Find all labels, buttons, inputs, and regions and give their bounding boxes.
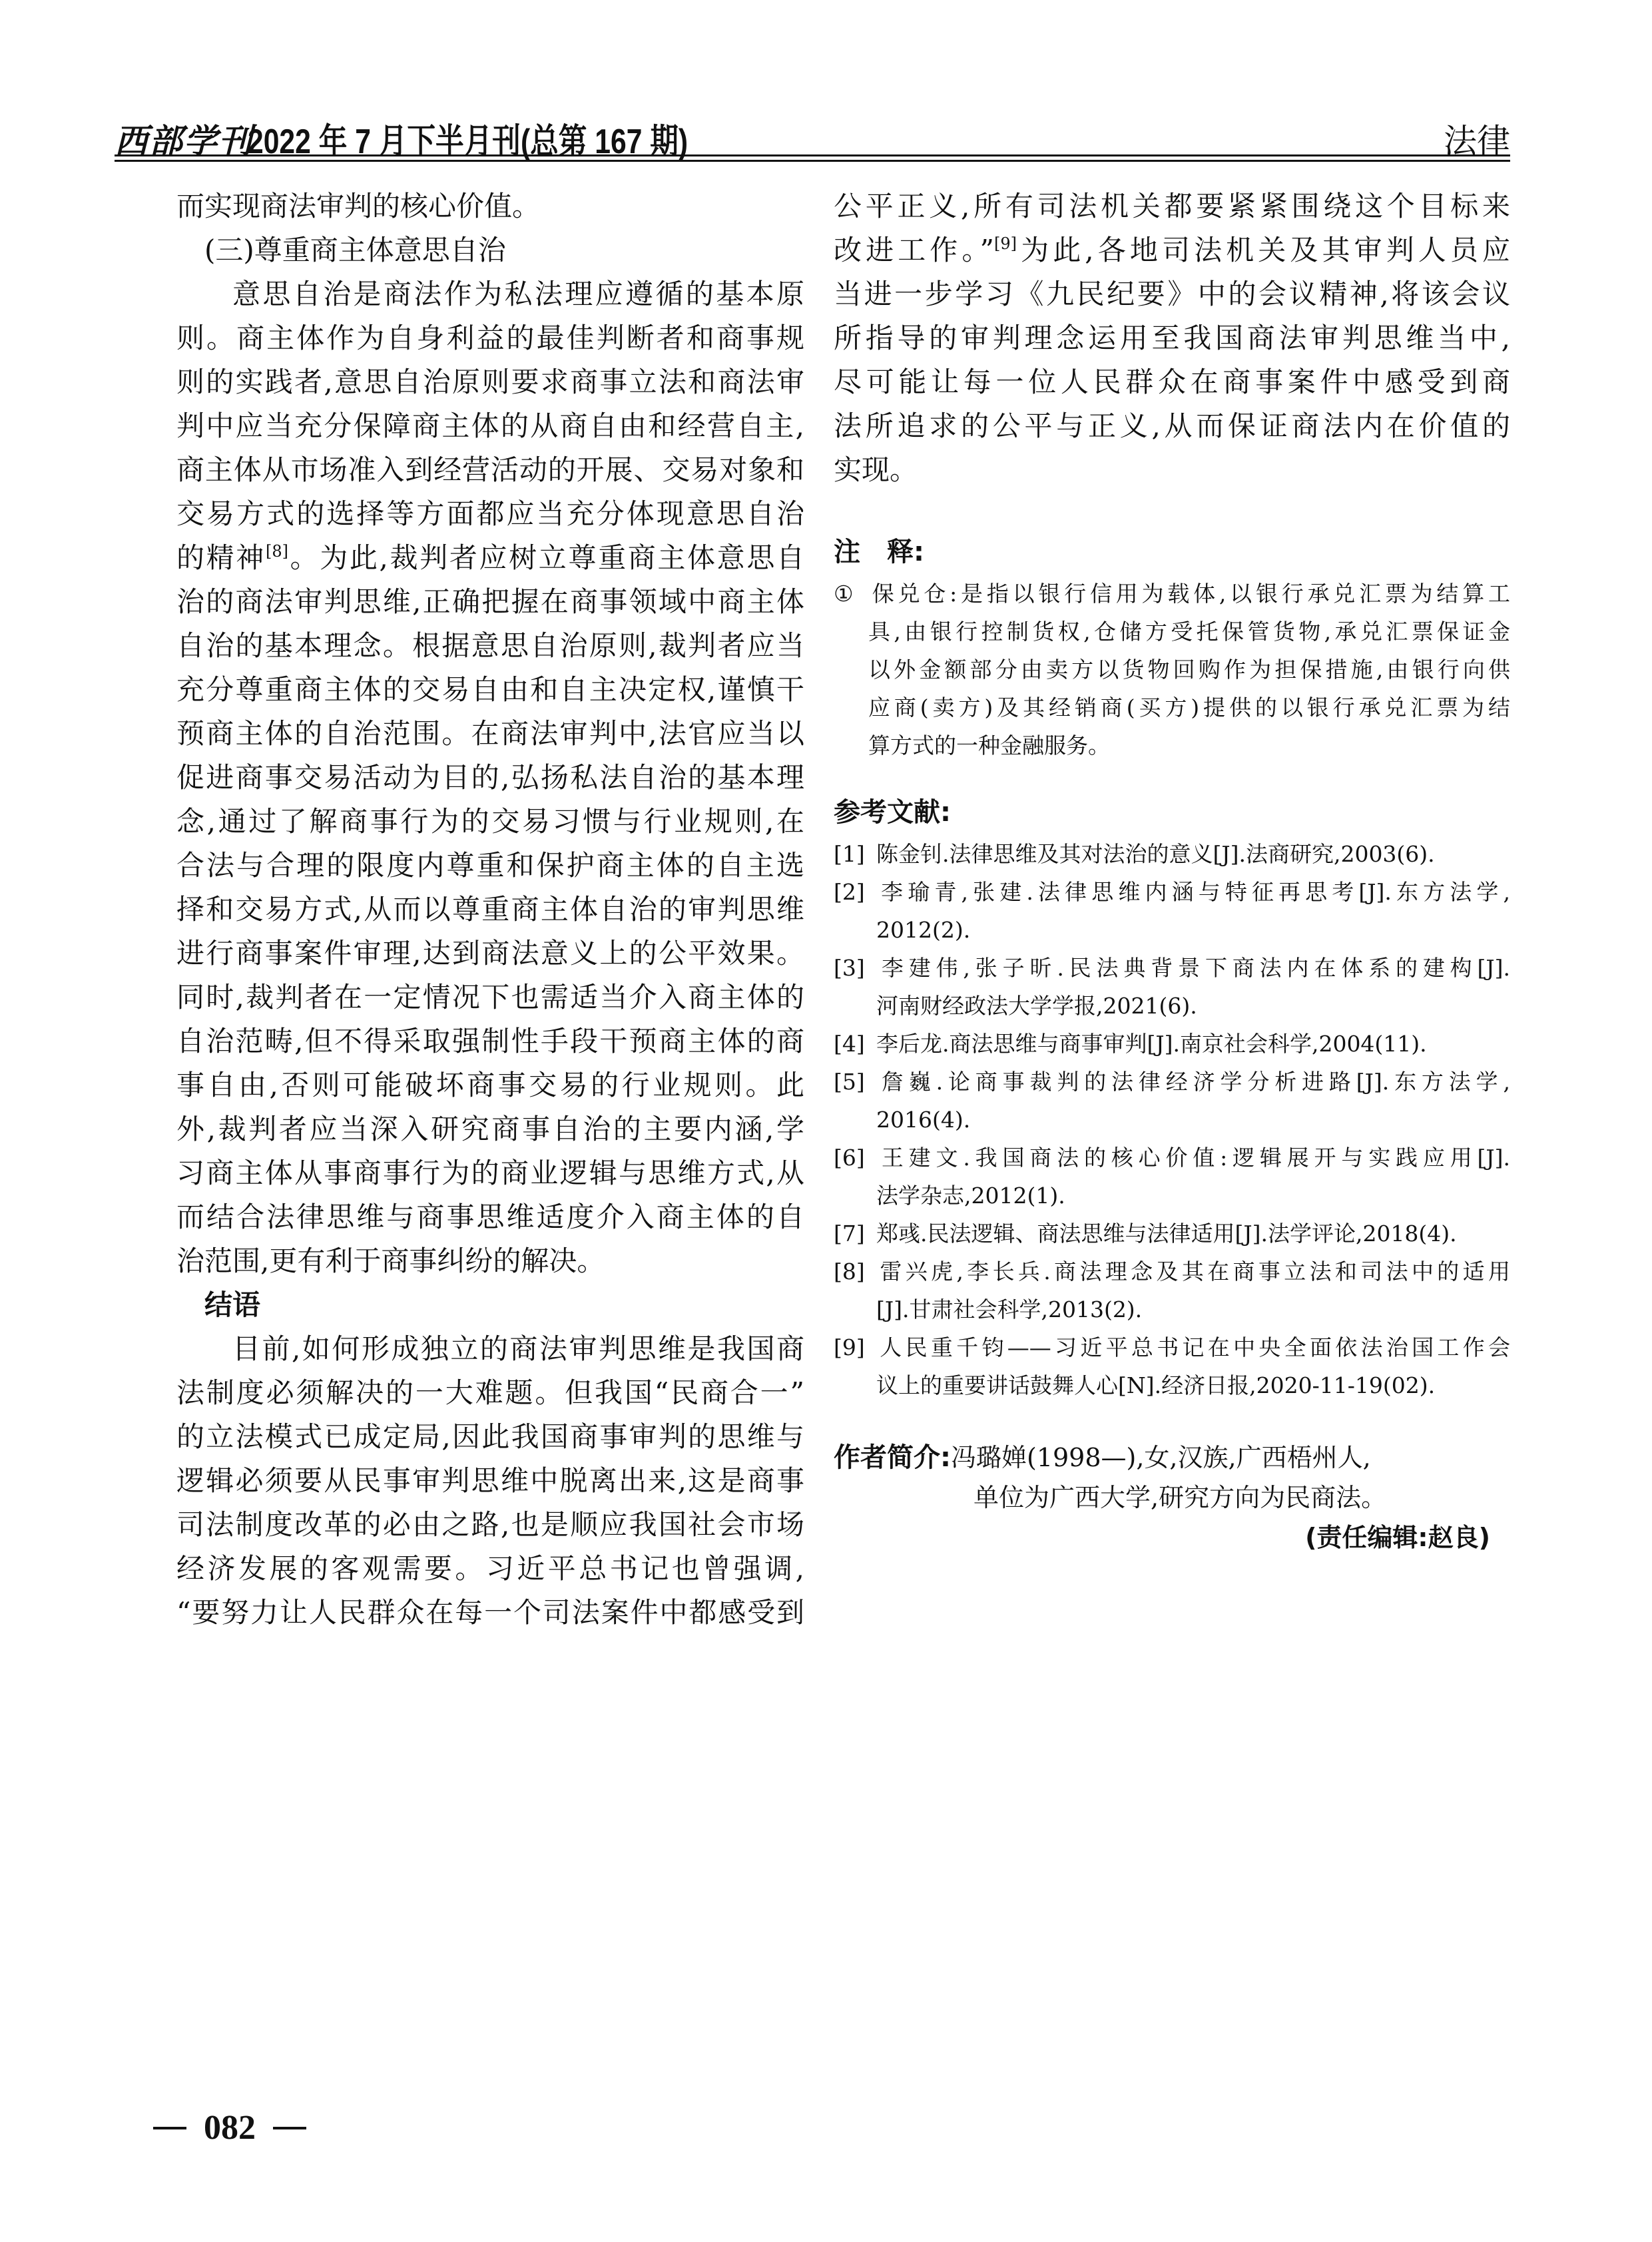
line-text: 习商主体从事商事行为的商业逻辑与思维方式,从 (176, 1157, 804, 1189)
line-text: 同时,裁判者在一定情况下也需适当介入商主体的 (176, 981, 804, 1013)
line-text: 而结合法律思维与商事思维适度介入商主体的自 (176, 1201, 804, 1233)
references-list: [1]陈金钊.法律思维及其对法治的意义[J].法商研究,2003(6).[2]李… (834, 835, 1510, 1404)
citation-marker: [8] (266, 542, 288, 561)
text-line: 自治的基本理念。根据意思自治原则,裁判者应当 (176, 624, 804, 668)
reference-text: 李后龙.商法思维与商事审判[J].南京社会科学,2004(11). (876, 1031, 1427, 1057)
line-text: 的精神 (176, 541, 266, 574)
reference-text: 人民重千钧——习近平总书记在中央全面依法治国工作会 (876, 1334, 1510, 1360)
text-line: 当进一步学习《九民纪要》中的会议精神,将该会议 (834, 272, 1510, 316)
text-line: 合法与合理的限度内尊重和保护商主体的自主选 (176, 844, 804, 888)
reference-text: 李瑜青,张建.法律思维内涵与特征再思考[J].东方法学, (876, 879, 1510, 905)
line-text: 意思自治是商法作为私法理应遵循的基本原 (232, 278, 804, 310)
text-line: 治范围,更有利于商事纠纷的解决。 (176, 1239, 804, 1283)
line-text: 则的实践者,意思自治原则要求商事立法和商法审 (176, 366, 804, 398)
line-text: 实现。 (834, 453, 918, 486)
reference-text: 王建文.我国商法的核心价值:逻辑展开与实践应用[J]. (876, 1145, 1510, 1171)
reference-text: 詹巍.论商事裁判的法律经济学分析进路[J].东方法学, (876, 1069, 1510, 1095)
reference-text: 李建伟,张子昕.民法典背景下商法内在体系的建构[J]. (876, 955, 1510, 981)
reference-number: [1] (834, 835, 876, 873)
line-text: 所指导的审判理念运用至我国商法审判思维当中, (834, 322, 1510, 354)
note-line: 算方式的一种金融服务。 (834, 726, 1510, 764)
reference-line: [4]李后龙.商法思维与商事审判[J].南京社会科学,2004(11). (834, 1025, 1510, 1063)
reference-number: [6] (834, 1139, 876, 1177)
line-text: 事自由,否则可能破坏商事交易的行业规则。此 (176, 1069, 804, 1101)
reference-line: 法学杂志,2012(1). (834, 1177, 1510, 1215)
line-text: 司法制度改革的必由之路,也是顺应我国社会市场 (176, 1508, 804, 1541)
text-line: 择和交易方式,从而以尊重商主体自治的审判思维 (176, 888, 804, 932)
dash-left (153, 2127, 186, 2129)
reference-text: 陈金钊.法律思维及其对法治的意义[J].法商研究,2003(6). (876, 841, 1435, 867)
reference-line: [1]陈金钊.法律思维及其对法治的意义[J].法商研究,2003(6). (834, 835, 1510, 873)
references-title: 参考文献: (834, 792, 1510, 832)
reference-line: 议上的重要讲话鼓舞人心[N].经济日报,2020-11-19(02). (834, 1366, 1510, 1404)
right-body-text: 公平正义,所有司法机关都要紧紧围绕这个目标来改进工作。”[9]为此,各地司法机关… (834, 184, 1510, 492)
reference-line: [9]人民重千钧——习近平总书记在中央全面依法治国工作会 (834, 1328, 1510, 1366)
reference-line: 河南财经政法大学学报,2021(6). (834, 987, 1510, 1025)
note-text: 算方式的一种金融服务。 (868, 732, 1110, 758)
line-text: 而实现商法审判的核心价值。 (176, 190, 540, 222)
responsible-editor: (责任编辑:赵良) (834, 1518, 1490, 1557)
text-line: 法所追求的公平与正义,从而保证商法内在价值的 (834, 404, 1510, 448)
text-line: 尽可能让每一位人民群众在商事案件中感受到商 (834, 360, 1510, 404)
text-line: 的精神[8]。为此,裁判者应树立尊重商主体意思自 (176, 536, 804, 580)
text-line: 进行商事案件审理,达到商法意义上的公平效果。 (176, 932, 804, 976)
line-text: 充分尊重商主体的交易自由和自主决定权,谨慎干 (176, 673, 804, 706)
text-line: 经济发展的客观需要。习近平总书记也曾强调, (176, 1547, 804, 1591)
line-text: 交易方式的选择等方面都应当充分体现意思自治 (176, 497, 804, 530)
reference-line: [3]李建伟,张子昕.民法典背景下商法内在体系的建构[J]. (834, 949, 1510, 987)
line-text: 预商主体的自治范围。在商法审判中,法官应当以 (176, 717, 804, 750)
text-line: 事自由,否则可能破坏商事交易的行业规则。此 (176, 1063, 804, 1107)
line-text: 进行商事案件审理,达到商法意义上的公平效果。 (176, 937, 804, 970)
text-line: 习商主体从事商事行为的商业逻辑与思维方式,从 (176, 1151, 804, 1195)
text-line: 自治范畴,但不得采取强制性手段干预商主体的商 (176, 1019, 804, 1063)
line-text: 法所追求的公平与正义,从而保证商法内在价值的 (834, 410, 1510, 442)
note-line: 以外金额部分由卖方以货物回购作为担保措施,由银行向供 (834, 651, 1510, 689)
text-line: 商主体从市场准入到经营活动的开展、交易对象和 (176, 448, 804, 492)
reference-number: [3] (834, 949, 876, 987)
reference-line: 2016(4). (834, 1101, 1510, 1139)
line-text: 的立法模式已成定局,因此我国商事审判的思维与 (176, 1420, 804, 1453)
text-line: 而结合法律思维与商事思维适度介入商主体的自 (176, 1195, 804, 1239)
text-line: 充分尊重商主体的交易自由和自主决定权,谨慎干 (176, 668, 804, 712)
text-line: 所指导的审判理念运用至我国商法审判思维当中, (834, 316, 1510, 360)
note-text: 具,由银行控制货权,仓储方受托保管货物,承兑汇票保证金 (868, 619, 1510, 645)
reference-line: [J].甘肃社会科学,2013(2). (834, 1290, 1510, 1328)
text-line: 外,裁判者应当深入研究商事自治的主要内涵,学 (176, 1107, 804, 1151)
reference-text: 议上的重要讲话鼓舞人心[N].经济日报,2020-11-19(02). (876, 1372, 1435, 1398)
line-text: “要努力让人民群众在每一个司法案件中都感受到 (176, 1596, 804, 1629)
line-text: 目前,如何形成独立的商法审判思维是我国商 (232, 1332, 804, 1365)
author-bio: 作者简介:冯璐婵(1998—),女,汉族,广西梧州人, 单位为广西大学,研究方向… (834, 1438, 1510, 1518)
reference-line: [6]王建文.我国商法的核心价值:逻辑展开与实践应用[J]. (834, 1139, 1510, 1177)
text-line: 的立法模式已成定局,因此我国商事审判的思维与 (176, 1415, 804, 1459)
line-text: 自治范畴,但不得采取强制性手段干预商主体的商 (176, 1025, 804, 1057)
line-text: 判中应当充分保障商主体的从商自由和经营自主, (176, 410, 804, 442)
header-rule-top (115, 154, 1510, 156)
reference-line: [7]郑彧.民法逻辑、商法思维与法律适用[J].法学评论,2018(4). (834, 1215, 1510, 1253)
text-line: 念,通过了解商事行为的交易习惯与行业规则,在 (176, 800, 804, 844)
line-text: 合法与合理的限度内尊重和保护商主体的自主选 (176, 849, 804, 882)
text-line: 治的商法审判思维,正确把握在商事领域中商主体 (176, 580, 804, 624)
line-text: 念,通过了解商事行为的交易习惯与行业规则,在 (176, 805, 804, 838)
reference-line: 2012(2). (834, 911, 1510, 949)
line-text: (三)尊重商主体意思自治 (204, 234, 506, 266)
text-line: 促进商事交易活动为目的,弘扬私法自治的基本理 (176, 756, 804, 800)
note-line: ①保兑仓:是指以银行信用为载体,以银行承兑汇票为结算工 (834, 575, 1510, 613)
line-text: 商主体从市场准入到经营活动的开展、交易对象和 (176, 453, 804, 486)
note-text: 应商(卖方)及其经销商(买方)提供的以银行承兑汇票为结 (868, 695, 1510, 720)
right-column: 公平正义,所有司法机关都要紧紧围绕这个目标来改进工作。”[9]为此,各地司法机关… (834, 184, 1510, 1557)
reference-number: [7] (834, 1215, 876, 1253)
author-line-1: 冯璐婵(1998—),女,汉族,广西梧州人, (951, 1443, 1371, 1472)
line-text: 为此,各地司法机关及其审判人员应 (1017, 234, 1510, 266)
notes-list: ①保兑仓:是指以银行信用为载体,以银行承兑汇票为结算工具,由银行控制货权,仓储方… (834, 575, 1510, 764)
note-line: 具,由银行控制货权,仓储方受托保管货物,承兑汇票保证金 (834, 613, 1510, 651)
reference-text: 法学杂志,2012(1). (876, 1183, 1065, 1209)
reference-text: 2016(4). (876, 1107, 970, 1133)
line-text: 逻辑必须要从民事审判思维中脱离出来,这是商事 (176, 1464, 804, 1497)
line-text: 治范围,更有利于商事纠纷的解决。 (176, 1245, 605, 1277)
text-line: 公平正义,所有司法机关都要紧紧围绕这个目标来 (834, 184, 1510, 228)
line-text: 。为此,裁判者应树立尊重商主体意思自 (288, 541, 804, 574)
text-line: 同时,裁判者在一定情况下也需适当介入商主体的 (176, 976, 804, 1019)
line-text: 治的商法审判思维,正确把握在商事领域中商主体 (176, 585, 804, 618)
author-line-2: 单位为广西大学,研究方向为民商法。 (973, 1483, 1386, 1512)
reference-number: [2] (834, 873, 876, 911)
text-line: 司法制度改革的必由之路,也是顺应我国社会市场 (176, 1503, 804, 1547)
header-rule-bottom (115, 160, 1510, 162)
line-text: 外,裁判者应当深入研究商事自治的主要内涵,学 (176, 1113, 804, 1145)
text-line: 逻辑必须要从民事审判思维中脱离出来,这是商事 (176, 1459, 804, 1503)
reference-line: [2]李瑜青,张建.法律思维内涵与特征再思考[J].东方法学, (834, 873, 1510, 911)
left-column: 而实现商法审判的核心价值。(三)尊重商主体意思自治意思自治是商法作为私法理应遵循… (176, 184, 804, 1635)
line-text: 改进工作。” (834, 234, 994, 266)
text-line: 而实现商法审判的核心价值。 (176, 184, 804, 228)
note-text: 以外金额部分由卖方以货物回购作为担保措施,由银行向供 (868, 657, 1510, 683)
text-line: 判中应当充分保障商主体的从商自由和经营自主, (176, 404, 804, 448)
text-line: 预商主体的自治范围。在商法审判中,法官应当以 (176, 712, 804, 756)
text-line: “要努力让人民群众在每一个司法案件中都感受到 (176, 1591, 804, 1635)
text-line: 实现。 (834, 448, 1510, 492)
note-marker: ① (834, 575, 868, 613)
note-line: 应商(卖方)及其经销商(买方)提供的以银行承兑汇票为结 (834, 689, 1510, 726)
reference-text: 河南财经政法大学学报,2021(6). (876, 993, 1197, 1019)
line-text: 经济发展的客观需要。习近平总书记也曾强调, (176, 1552, 804, 1585)
section-heading: (三)尊重商主体意思自治 (176, 228, 804, 272)
text-line: 改进工作。”[9]为此,各地司法机关及其审判人员应 (834, 228, 1510, 272)
notes-title: 注 释: (834, 532, 1510, 572)
line-text: 法制度必须解决的一大难题。但我国“民商合一” (176, 1376, 804, 1409)
reference-text: 雷兴虎,李长兵.商法理念及其在商事立法和司法中的适用 (876, 1259, 1510, 1284)
text-line: 交易方式的选择等方面都应当充分体现意思自治 (176, 492, 804, 536)
line-text: 结语 (204, 1288, 260, 1321)
line-text: 尽可能让每一位人民群众在商事案件中感受到商 (834, 366, 1510, 398)
reference-number: [4] (834, 1025, 876, 1063)
line-text: 自治的基本理念。根据意思自治原则,裁判者应当 (176, 629, 804, 662)
text-line: 意思自治是商法作为私法理应遵循的基本原 (176, 272, 804, 316)
line-text: 当进一步学习《九民纪要》中的会议精神,将该会议 (834, 278, 1510, 310)
text-line: 则的实践者,意思自治原则要求商事立法和商法审 (176, 360, 804, 404)
reference-line: [5]詹巍.论商事裁判的法律经济学分析进路[J].东方法学, (834, 1063, 1510, 1101)
text-line: 则。商主体作为自身利益的最佳判断者和商事规 (176, 316, 804, 360)
note-text: 保兑仓:是指以银行信用为载体,以银行承兑汇票为结算工 (868, 581, 1510, 607)
text-line: 目前,如何形成独立的商法审判思维是我国商 (176, 1327, 804, 1371)
line-text: 择和交易方式,从而以尊重商主体自治的审判思维 (176, 893, 804, 926)
citation-marker: [9] (994, 234, 1017, 253)
reference-number: [8] (834, 1253, 876, 1290)
reference-line: [8]雷兴虎,李长兵.商法理念及其在商事立法和司法中的适用 (834, 1253, 1510, 1290)
reference-text: 郑彧.民法逻辑、商法思维与法律适用[J].法学评论,2018(4). (876, 1221, 1457, 1247)
text-line: 法制度必须解决的一大难题。但我国“民商合一” (176, 1371, 804, 1415)
reference-text: [J].甘肃社会科学,2013(2). (876, 1296, 1142, 1322)
section-heading: 结语 (176, 1283, 804, 1327)
reference-number: [9] (834, 1328, 876, 1366)
page-number: 082 (153, 2108, 306, 2147)
line-text: 公平正义,所有司法机关都要紧紧围绕这个目标来 (834, 190, 1510, 222)
page-number-text: 082 (204, 2108, 256, 2147)
line-text: 促进商事交易活动为目的,弘扬私法自治的基本理 (176, 761, 804, 794)
reference-text: 2012(2). (876, 917, 970, 943)
dash-right (273, 2127, 306, 2129)
line-text: 则。商主体作为自身利益的最佳判断者和商事规 (176, 322, 804, 354)
author-label: 作者简介: (834, 1442, 951, 1473)
reference-number: [5] (834, 1063, 876, 1101)
